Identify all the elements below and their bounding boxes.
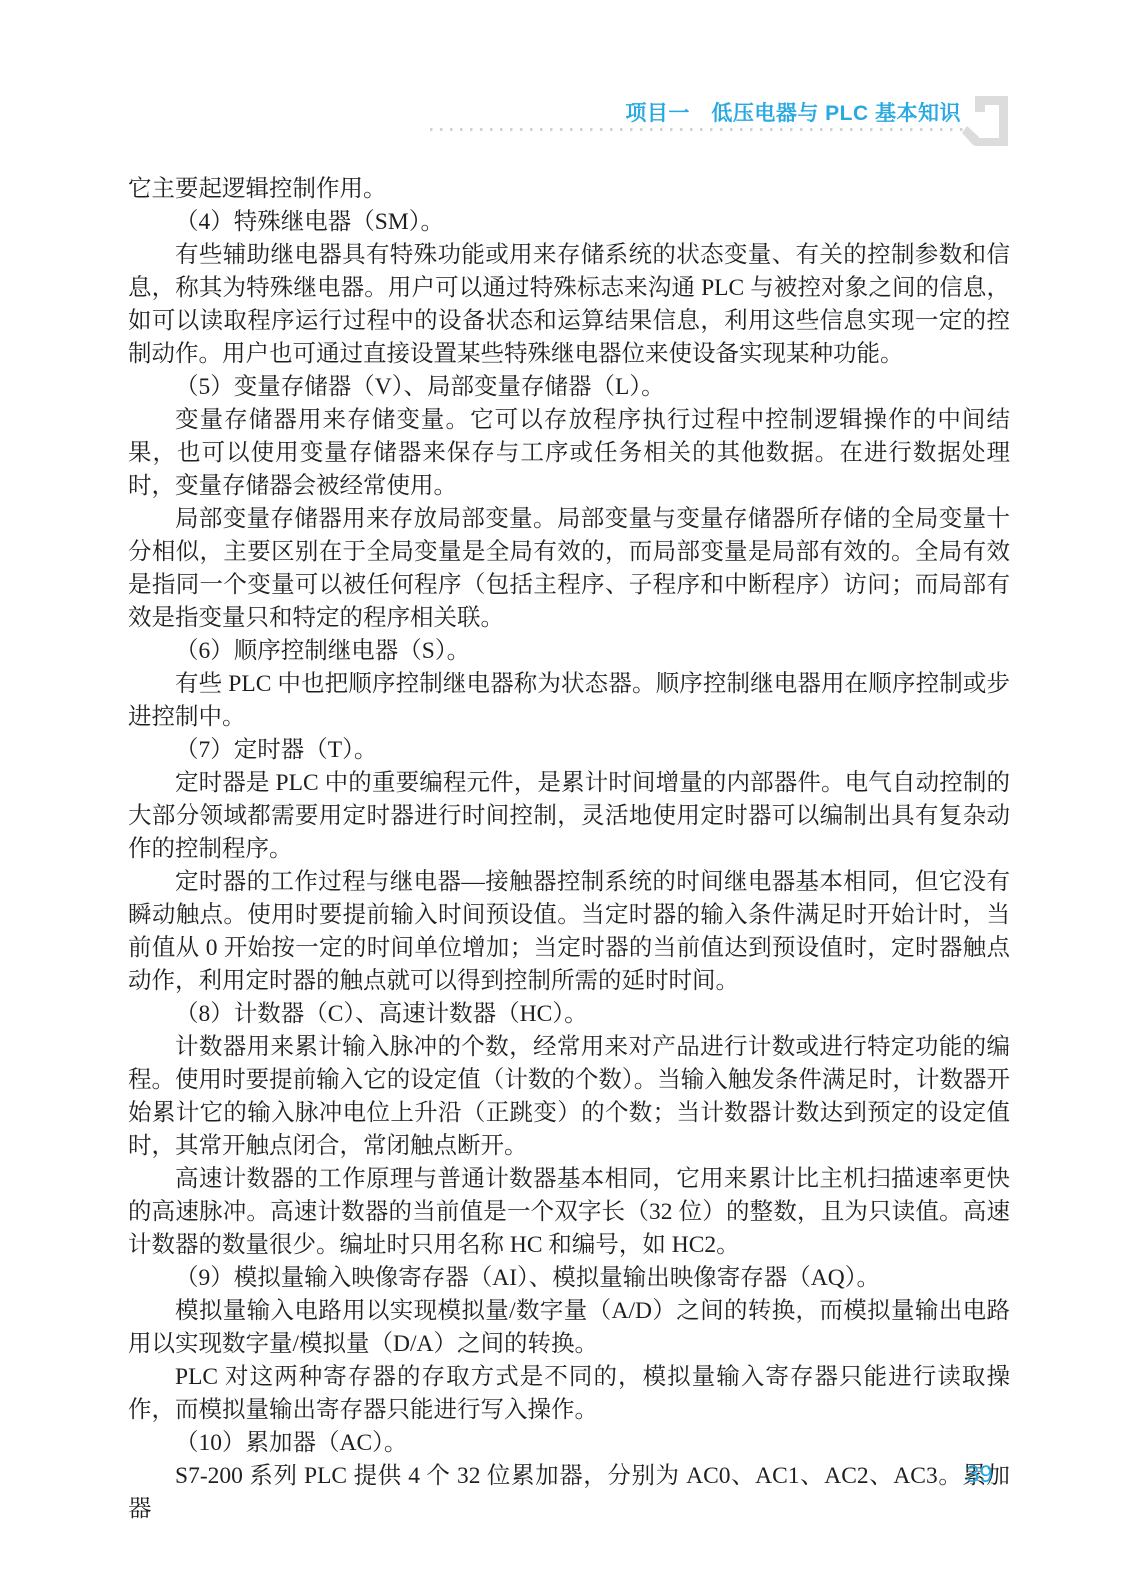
paragraph: （9）模拟量输入映像寄存器（AI）、模拟量输出映像寄存器（AQ）。	[128, 1262, 1010, 1295]
paragraph: （4）特殊继电器（SM）。	[128, 206, 1010, 239]
book-page: 项目一 低压电器与 PLC 基本知识 它主要起逻辑控制作用。 （4）特殊继电器（…	[0, 0, 1127, 1570]
paragraph: PLC 对这两种寄存器的存取方式是不同的，模拟量输入寄存器只能进行读取操作，而模…	[128, 1361, 1010, 1427]
paragraph: （10）累加器（AC）。	[128, 1427, 1010, 1460]
paragraph: （5）变量存储器（V）、局部变量存储器（L）。	[128, 371, 1010, 404]
paragraph: 它主要起逻辑控制作用。	[128, 173, 1010, 206]
paragraph: 有些辅助继电器具有特殊功能或用来存储系统的状态变量、有关的控制参数和信息，称其为…	[128, 239, 1010, 371]
paragraph: S7-200 系列 PLC 提供 4 个 32 位累加器，分别为 AC0、AC1…	[128, 1460, 1010, 1526]
page-number: 39	[966, 1461, 993, 1489]
paragraph: 定时器是 PLC 中的重要编程元件，是累计时间增量的内部器件。电气自动控制的大部…	[128, 767, 1010, 866]
paragraph: （6）顺序控制继电器（S）。	[128, 635, 1010, 668]
chapter-header-title: 项目一 低压电器与 PLC 基本知识	[625, 101, 961, 127]
paragraph: （8）计数器（C）、高速计数器（HC）。	[128, 998, 1010, 1031]
paragraph: 有些 PLC 中也把顺序控制继电器称为状态器。顺序控制继电器用在顺序控制或步进控…	[128, 668, 1010, 734]
paragraph: 计数器用来累计输入脉冲的个数，经常用来对产品进行计数或进行特定功能的编程。使用时…	[128, 1031, 1010, 1163]
header-dotted-rule	[430, 128, 964, 131]
paragraph: 模拟量输入电路用以实现模拟量/数字量（A/D）之间的转换，而模拟量输出电路用以实…	[128, 1295, 1010, 1361]
paragraph: 变量存储器用来存储变量。它可以存放程序执行过程中控制逻辑操作的中间结果，也可以使…	[128, 404, 1010, 503]
corner-bracket-icon	[961, 94, 1011, 152]
paragraph: 定时器的工作过程与继电器—接触器控制系统的时间继电器基本相同，但它没有瞬动触点。…	[128, 866, 1010, 998]
paragraph: 高速计数器的工作原理与普通计数器基本相同，它用来累计比主机扫描速率更快的高速脉冲…	[128, 1163, 1010, 1262]
paragraph: 局部变量存储器用来存放局部变量。局部变量与变量存储器所存储的全局变量十分相似，主…	[128, 503, 1010, 635]
page-body-text: 它主要起逻辑控制作用。 （4）特殊继电器（SM）。 有些辅助继电器具有特殊功能或…	[128, 173, 1010, 1526]
paragraph: （7）定时器（T）。	[128, 734, 1010, 767]
